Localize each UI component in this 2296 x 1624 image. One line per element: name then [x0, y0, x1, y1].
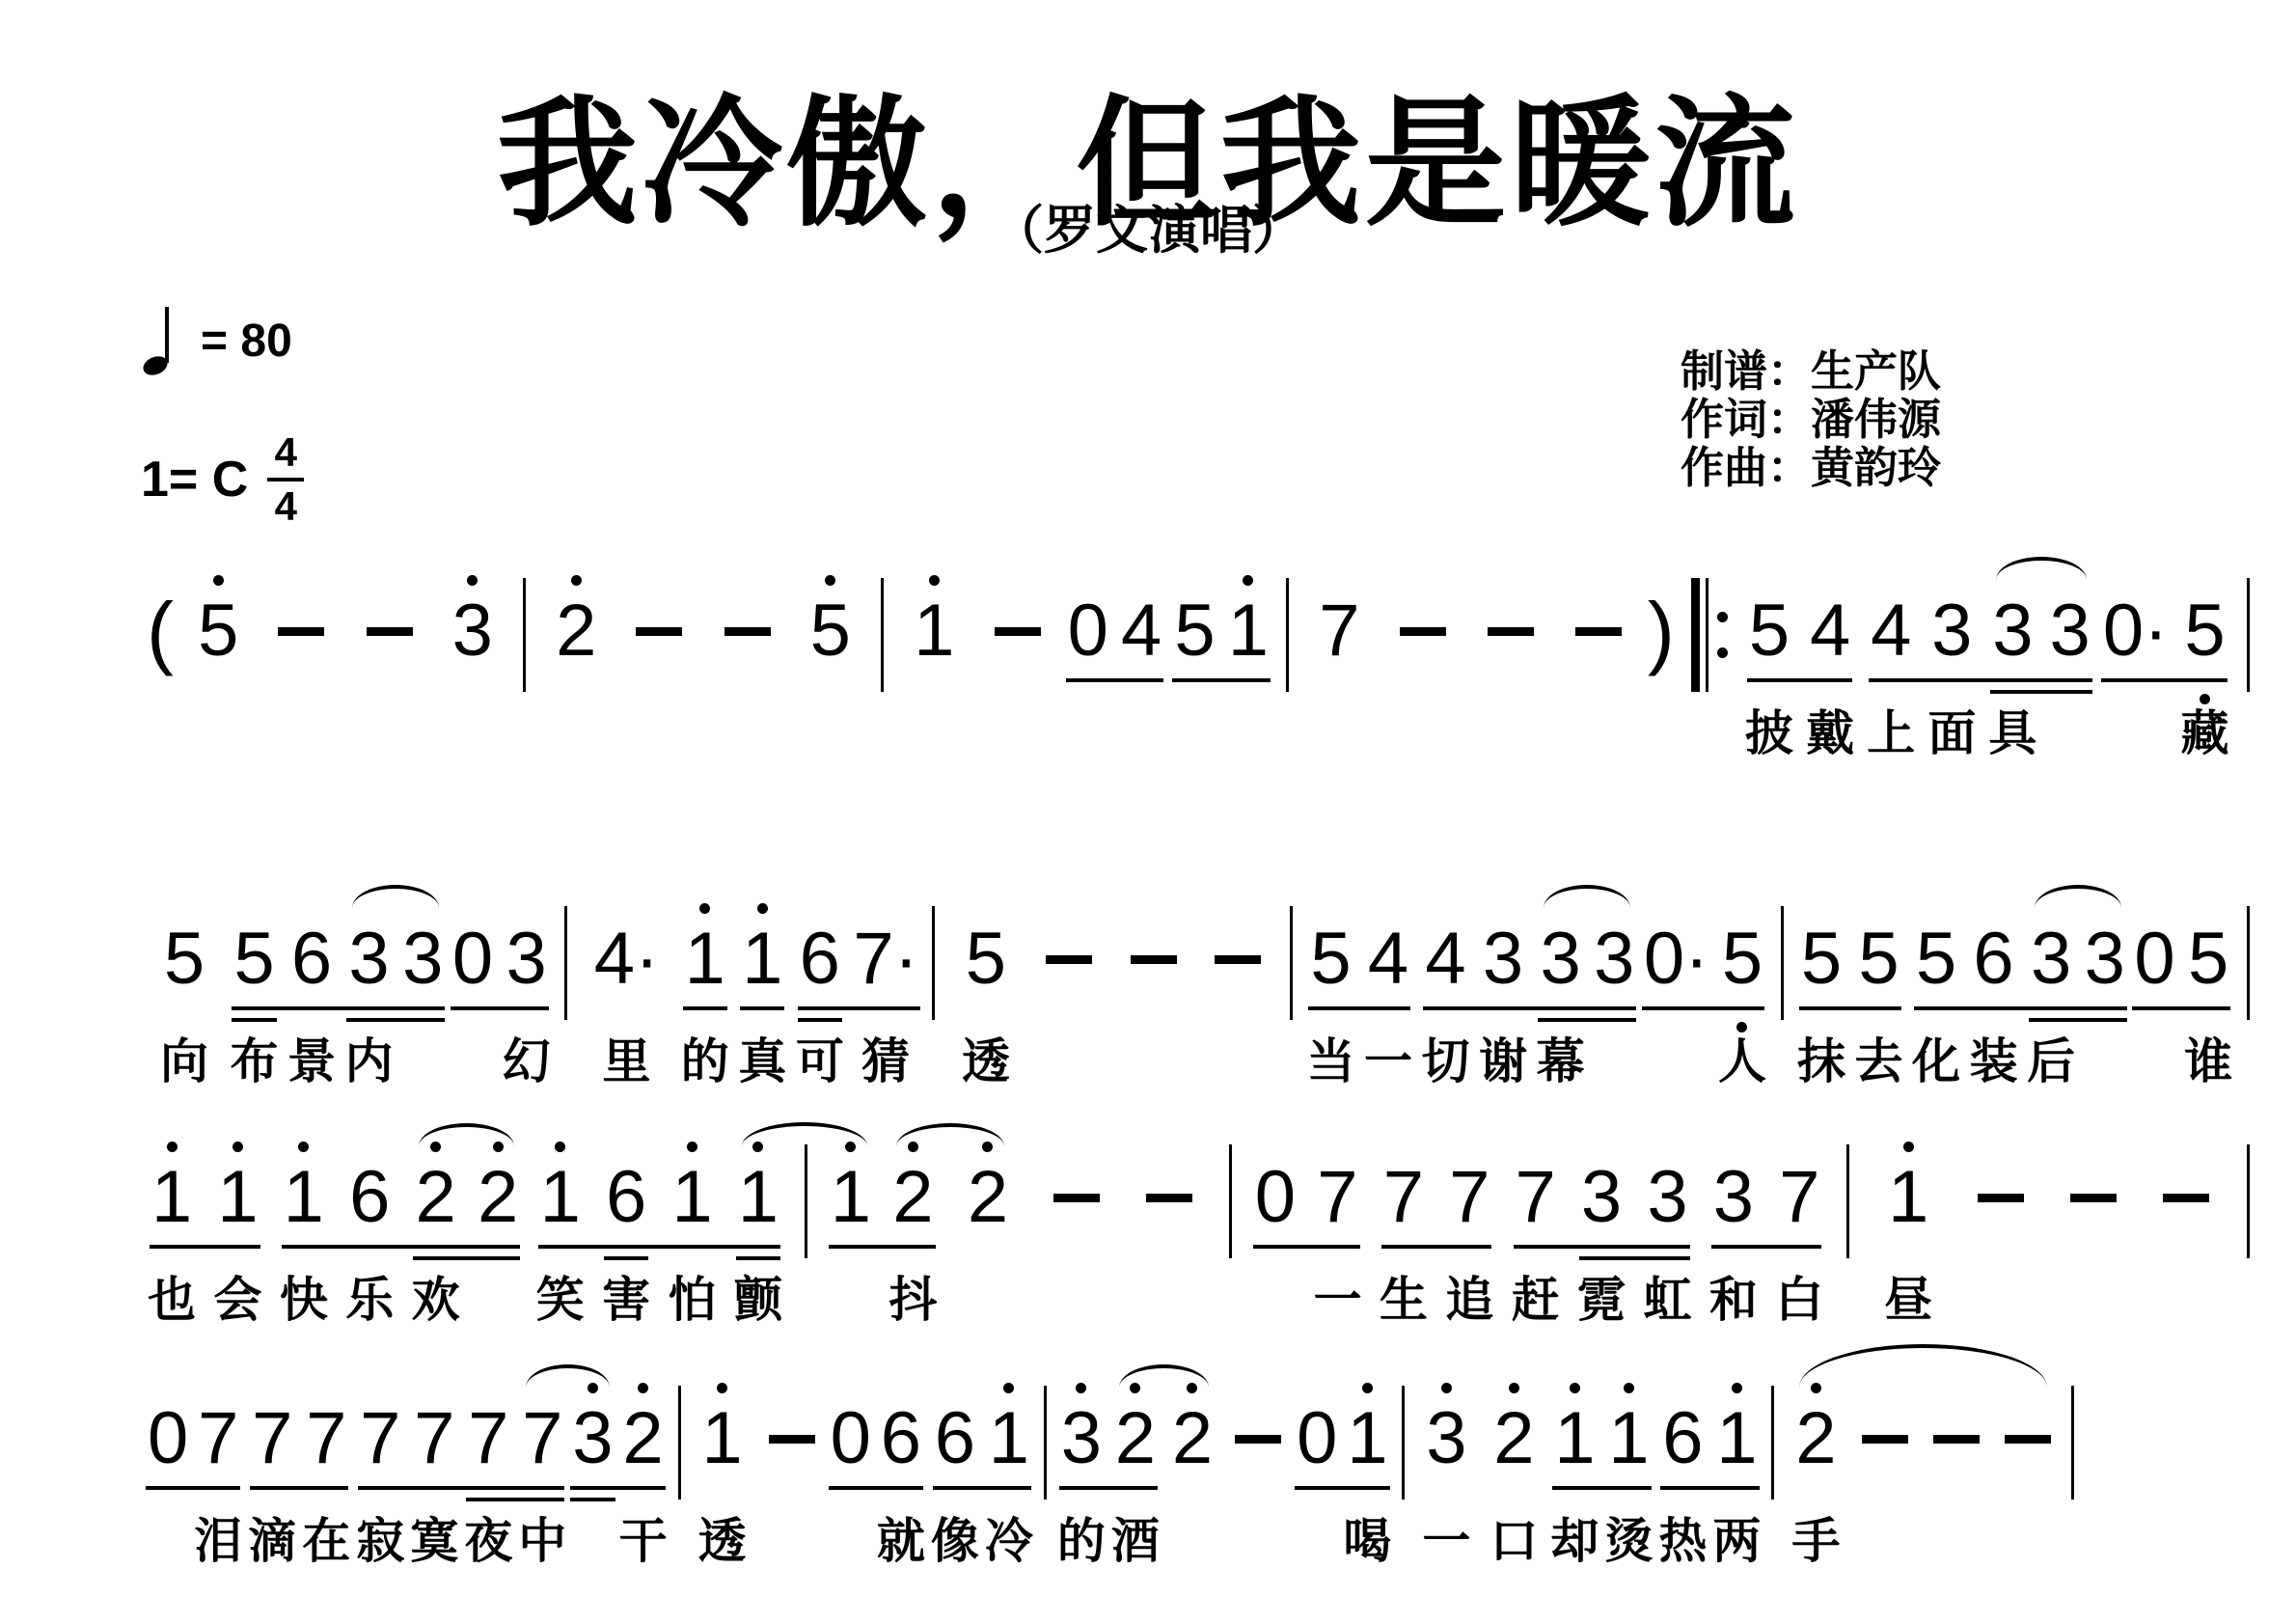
slur-arc: [2035, 885, 2121, 908]
high-octave-dot: [1441, 1383, 1452, 1393]
note: 1昼: [1884, 1131, 1932, 1334]
note: 5去: [1855, 893, 1903, 1095]
dash-extension: [1933, 1372, 1980, 1575]
barline: [1044, 1372, 1047, 1575]
lyric: 干: [619, 1513, 668, 1575]
slur-arc: [1119, 1364, 1209, 1388]
high-octave-dot: [1570, 1383, 1580, 1393]
beam-underline: [232, 1018, 276, 1022]
high-octave-dot: [1362, 1383, 1373, 1393]
lyric: 可: [796, 1033, 844, 1095]
lyric: 面: [1927, 705, 1976, 767]
note: 6景: [287, 893, 336, 1095]
lyric: 化: [1912, 1033, 1960, 1095]
tempo-marking: = 80: [143, 307, 292, 374]
note: 7白: [1775, 1131, 1823, 1334]
note: 2抖: [888, 1131, 937, 1334]
beam-underline: [2132, 1006, 2230, 1010]
lyric: 热: [1658, 1513, 1707, 1575]
note: 1透: [698, 1372, 747, 1575]
barline: [678, 1372, 681, 1575]
barline: [1402, 1372, 1405, 1575]
dash-extension: [1146, 1131, 1192, 1334]
note: 5: [198, 564, 238, 767]
lyric: 怕: [669, 1272, 717, 1334]
dash-extension: [769, 1372, 815, 1575]
dash-extension: [1131, 893, 1177, 1095]
high-octave-dot: [757, 903, 768, 914]
lyric: 具: [1988, 705, 2036, 767]
tempo-value: = 80: [201, 315, 292, 368]
lyric: 内: [345, 1033, 394, 1095]
lyric: 两: [1712, 1513, 1761, 1575]
dash-extension: [1400, 564, 1446, 767]
note: 5抹: [1797, 893, 1845, 1095]
duration-dash: [1131, 955, 1177, 964]
beam-underline: [1799, 1006, 1901, 1010]
lyric: 酒: [1111, 1513, 1160, 1575]
note: 6像: [931, 1372, 979, 1575]
note: 1: [914, 564, 954, 767]
beam-underline: [570, 1486, 665, 1490]
barline: [2247, 1131, 2250, 1334]
duration-dash: [2070, 1194, 2117, 1202]
duration-dash: [1046, 955, 1092, 964]
lyric: 口: [1490, 1513, 1538, 1575]
note: 2手: [1791, 1372, 1840, 1575]
beam-underline: [451, 1006, 549, 1010]
beam-underline: [1066, 678, 1164, 682]
beam-underline: [736, 1256, 780, 1260]
lyric: 颤: [734, 1272, 782, 1334]
duration-dash: [1215, 955, 1261, 964]
beam-underline: [604, 1256, 648, 1260]
beam-underline: [146, 1486, 240, 1490]
note: 5当: [1307, 893, 1355, 1095]
dash-extension: [278, 564, 324, 767]
note: 6热: [1658, 1372, 1707, 1575]
note: 3面: [1927, 564, 1976, 767]
lyric: 追: [1445, 1272, 1493, 1334]
beam-underline: [1308, 1006, 1410, 1010]
note: 3: [452, 564, 493, 767]
note: 5向: [160, 893, 208, 1095]
note: 7一: [1313, 1131, 1361, 1334]
lyric: 寂: [356, 1513, 404, 1575]
duration-dash: [1146, 1194, 1192, 1202]
barline: [564, 893, 567, 1095]
lyric: 和: [1709, 1272, 1758, 1334]
dash-extension: [636, 564, 682, 767]
lyric: 去: [1855, 1033, 1903, 1095]
high-octave-dot: [717, 1383, 727, 1393]
note: 5: [810, 564, 851, 767]
note: 1的: [681, 893, 729, 1095]
barline: [1846, 1131, 1849, 1334]
lyric: 布: [231, 1033, 279, 1095]
high-octave-dot: [467, 575, 478, 586]
lyric: 真: [738, 1033, 786, 1095]
dash-extension: [2070, 1131, 2117, 1334]
beam-underline: [1253, 1245, 1360, 1249]
duration-dash: [1575, 627, 1622, 636]
lyric: 昼: [1884, 1272, 1932, 1334]
duration-dash: [1862, 1435, 1908, 1444]
lyric: 抖: [888, 1272, 937, 1334]
lyric: 烫: [1604, 1513, 1653, 1575]
dash-extension: [1235, 1372, 1281, 1575]
note: 1颤: [734, 1131, 782, 1334]
duration-dash: [278, 627, 324, 636]
low-octave-dot: [2200, 694, 2210, 704]
barline: [932, 893, 935, 1095]
note: 5谁: [2184, 893, 2232, 1095]
note: 6害: [602, 1131, 650, 1334]
lyric: 白: [1775, 1272, 1823, 1334]
high-octave-dot: [1509, 1383, 1519, 1393]
lyric: 上: [1867, 705, 1915, 767]
note: 6乐: [345, 1131, 394, 1334]
beam-underline: [538, 1245, 781, 1249]
lyric: 霓: [1577, 1272, 1626, 1334]
beam-underline: [150, 1245, 260, 1249]
slur-arc: [526, 1364, 609, 1388]
note: 2: [556, 564, 596, 767]
note: 4上: [1867, 564, 1915, 767]
beam-underline: [1295, 1486, 1389, 1490]
lyric: 就: [877, 1513, 925, 1575]
lyric: 藏: [2181, 705, 2229, 767]
note: 1: [831, 1131, 871, 1334]
time-signature: 4 4: [267, 432, 304, 527]
lyric: 害: [602, 1272, 650, 1334]
note: 7寂: [356, 1372, 404, 1575]
high-octave-dot: [1076, 1383, 1086, 1393]
beam-underline: [798, 1018, 842, 1022]
beam-underline: [413, 1256, 520, 1260]
note: 4: [1121, 564, 1162, 767]
dash-extension: [367, 564, 413, 767]
barline: [2247, 893, 2250, 1095]
beam-underline: [346, 1018, 445, 1022]
beam-underline: [1660, 1486, 1759, 1490]
credit-lyricist: 作词：潘伟源: [1681, 396, 1941, 444]
note: 2口: [1490, 1372, 1538, 1575]
note: 7生: [1380, 1131, 1428, 1334]
dash-extension: [1046, 893, 1092, 1095]
beam-underline: [1059, 1486, 1158, 1490]
lyric: 装: [1970, 1033, 2018, 1095]
duration-dash: [769, 1435, 815, 1444]
note: 3霓: [1577, 1131, 1626, 1334]
credit-composer: 作曲：黄韵玲: [1681, 444, 1941, 492]
note: 3幕: [1537, 893, 1585, 1095]
dash-extension: [1215, 893, 1261, 1095]
credits: 制谱：生产队 作词：潘伟源 作曲：黄韵玲: [1681, 347, 1941, 492]
note: 7追: [1445, 1131, 1493, 1334]
lyric: 在: [302, 1513, 350, 1575]
time-signature-top: 4: [275, 432, 297, 473]
credit-arranger: 制谱：生产队: [1681, 347, 1941, 396]
barline: [1290, 893, 1293, 1095]
note: 5披: [1745, 564, 1793, 767]
note: 1冷: [985, 1372, 1033, 1575]
score-line-4: 07泪7滴7在7寂7寞7夜7中32干1透06就6像1冷3的2酒201喝3一2口1…: [145, 1372, 2082, 1575]
lyric: 像: [931, 1513, 979, 1575]
beam-underline: [683, 1006, 727, 1010]
lyric: 猜: [861, 1033, 910, 1095]
note: 6就: [877, 1372, 925, 1575]
note: 4切: [1422, 893, 1470, 1095]
beam-underline: [2101, 678, 2228, 682]
duration-dash: [1978, 1194, 2024, 1202]
lyric: 滴: [248, 1513, 296, 1575]
beam-underline: [1423, 1006, 1636, 1010]
duration-dash: [1933, 1435, 1980, 1444]
note: 1快: [280, 1131, 328, 1334]
dash-extension: [1488, 564, 1534, 767]
beam-underline: [1172, 678, 1271, 682]
dash-extension: [1053, 1131, 1100, 1334]
lyric: 谢: [1479, 1033, 1527, 1095]
lyric: 中: [518, 1513, 566, 1575]
beam-underline: [1552, 1486, 1651, 1490]
note: 1烫: [1604, 1372, 1653, 1575]
note: 7: [1319, 564, 1359, 767]
lyric: 快: [280, 1272, 328, 1334]
note: 3具: [1988, 564, 2036, 767]
slur-arc: [1996, 557, 2087, 580]
low-octave-dot: [1736, 1022, 1747, 1032]
lyric: 后: [2027, 1033, 2075, 1095]
note: 7赶: [1512, 1131, 1560, 1334]
duration-dash: [1235, 1435, 1281, 1444]
note: 4一: [1364, 893, 1412, 1095]
slur-arc: [352, 885, 439, 908]
note: 2酒: [1111, 1372, 1160, 1575]
note: 1喝: [1343, 1372, 1391, 1575]
lyric: 一: [1364, 1033, 1412, 1095]
note: 1两: [1712, 1372, 1761, 1575]
high-octave-dot: [638, 1383, 648, 1393]
beam-underline: [2029, 1018, 2127, 1022]
note: 0: [452, 893, 493, 1095]
note: 0·: [2103, 564, 2169, 767]
note: 0: [148, 1372, 188, 1575]
note: 1会: [213, 1131, 261, 1334]
parenthesis: ): [1648, 564, 1675, 775]
high-octave-dot: [929, 575, 940, 586]
note: 2: [1172, 1372, 1213, 1575]
duration-dash: [2163, 1194, 2209, 1202]
beam-underline: [1642, 1006, 1764, 1010]
beam-underline: [250, 1486, 348, 1490]
note: 7·猜: [853, 893, 918, 1095]
lyric: 透: [962, 1033, 1010, 1095]
duration-dash: [2005, 1435, 2051, 1444]
slur-arc: [742, 1122, 867, 1146]
barline: [1229, 1131, 1232, 1334]
duration-dash: [1053, 1194, 1100, 1202]
dash-extension: [724, 564, 771, 767]
note: 4·里: [594, 893, 660, 1095]
note: 4戴: [1806, 564, 1854, 767]
note: 0: [1297, 1372, 1337, 1575]
time-signature-bottom: 4: [275, 486, 297, 527]
note: 7寞: [410, 1372, 458, 1575]
high-octave-dot: [1624, 1383, 1634, 1393]
high-octave-dot: [232, 1142, 243, 1152]
high-octave-dot: [555, 1142, 565, 1152]
repeat-start-barline: [1691, 564, 1728, 767]
note: 1怕: [669, 1131, 717, 1334]
slur-arc: [896, 1123, 1004, 1146]
note: 7在: [302, 1372, 350, 1575]
note: 0: [831, 1372, 871, 1575]
high-octave-dot: [571, 575, 582, 586]
lyric: 一: [1313, 1272, 1361, 1334]
parenthesis: (: [147, 564, 174, 775]
note: 7中: [518, 1372, 566, 1575]
score-line-2: 5向5布6景3内303幻4·里1的1真6可7·猜5透5当4一4切3谢3幕30·5…: [145, 893, 2257, 1095]
note: 0: [1068, 564, 1108, 767]
beam-underline: [1579, 1256, 1690, 1260]
lyric: 透: [698, 1513, 747, 1575]
high-octave-dot: [1732, 1383, 1742, 1393]
slur-arc: [1799, 1344, 2047, 1388]
dash-extension: [2163, 1131, 2209, 1334]
note: 3内: [345, 893, 394, 1095]
beam-underline: [466, 1498, 564, 1501]
barline: [2071, 1372, 2074, 1575]
beam-underline: [1514, 1245, 1690, 1249]
beam-underline: [358, 1486, 564, 1490]
lyric: 幕: [1537, 1033, 1585, 1095]
song-subtitle: （罗文演唱）: [0, 189, 2296, 263]
note: 5透: [962, 893, 1010, 1095]
dash-extension: [995, 564, 1041, 767]
beam-underline: [1914, 1006, 2127, 1010]
key-label: 1= C: [141, 451, 248, 509]
barline: [2247, 564, 2250, 767]
note: 3幻: [503, 893, 551, 1095]
note: 5人: [1718, 893, 1766, 1095]
note: 2: [478, 1131, 518, 1334]
barline: [1781, 893, 1784, 1095]
slur-arc: [1544, 885, 1630, 908]
note: 3的: [1057, 1372, 1106, 1575]
note: 5布: [231, 893, 279, 1095]
duration-dash: [367, 627, 413, 636]
barline: [881, 564, 884, 767]
lyric: 里: [602, 1033, 650, 1095]
duration-dash: [1488, 627, 1534, 636]
lyric: 夜: [464, 1513, 512, 1575]
note: 3: [402, 893, 443, 1095]
lyric: 抹: [1797, 1033, 1845, 1095]
note: 3谢: [1479, 893, 1527, 1095]
note: 2: [968, 1131, 1008, 1334]
lyric: 披: [1745, 705, 1793, 767]
lyric: 赶: [1512, 1272, 1560, 1334]
lyric: 谁: [2184, 1033, 2232, 1095]
lyric: 一: [1422, 1513, 1470, 1575]
lyric: 生: [1380, 1272, 1428, 1334]
note: 2干: [619, 1372, 668, 1575]
beam-underline: [829, 1486, 923, 1490]
note: 1真: [738, 893, 786, 1095]
high-octave-dot: [1003, 1383, 1014, 1393]
high-octave-dot: [213, 575, 224, 586]
lyric: 的: [1057, 1513, 1106, 1575]
lyric: 喝: [1343, 1513, 1391, 1575]
lyric: 切: [1422, 1033, 1470, 1095]
barline: [1286, 564, 1289, 767]
dash-extension: [1575, 564, 1622, 767]
note: 7夜: [464, 1372, 512, 1575]
note: 3虹: [1643, 1131, 1691, 1334]
dash-extension: [1978, 1131, 2024, 1334]
lyric: 寞: [410, 1513, 458, 1575]
lyric: 当: [1307, 1033, 1355, 1095]
beam-underline: [740, 1006, 784, 1010]
score-line-3: 1也1会1快6乐2欢21笑6害1怕1颤12抖207一7生7追7赶3霓3虹3和7白…: [145, 1131, 2257, 1334]
note: 1笑: [536, 1131, 585, 1334]
lyric: 景: [287, 1033, 336, 1095]
lyric: 冷: [985, 1513, 1033, 1575]
note: 3和: [1709, 1131, 1758, 1334]
note: 0·: [1644, 893, 1709, 1095]
beam-underline: [829, 1245, 936, 1249]
duration-dash: [724, 627, 771, 636]
high-octave-dot: [825, 575, 835, 586]
note: 3: [2050, 564, 2091, 767]
dash-extension: [2005, 1372, 2051, 1575]
note: 1也: [148, 1131, 196, 1334]
lyric: 泪: [194, 1513, 242, 1575]
beam-underline: [1711, 1245, 1822, 1249]
beam-underline: [798, 1006, 920, 1010]
repeat-dots: [1717, 612, 1728, 658]
barline: [523, 564, 526, 767]
note: 3后: [2027, 893, 2075, 1095]
lyric: 笑: [536, 1272, 585, 1334]
duration-dash: [995, 627, 1041, 636]
high-octave-dot: [699, 903, 710, 914]
note: 2欢: [412, 1131, 460, 1334]
barline: [1771, 1372, 1774, 1575]
lyric: 向: [160, 1033, 208, 1095]
note: 1: [1228, 564, 1269, 767]
beam-underline: [1381, 1245, 1492, 1249]
lyric: 欢: [412, 1272, 460, 1334]
dash-extension: [1862, 1372, 1908, 1575]
note: 5化: [1912, 893, 1960, 1095]
lyric: 也: [148, 1272, 196, 1334]
beam-underline: [282, 1245, 521, 1249]
high-octave-dot: [298, 1142, 309, 1152]
lyric: 人: [1718, 1033, 1766, 1095]
high-octave-dot: [1243, 575, 1253, 586]
lyric: 幻: [503, 1033, 551, 1095]
slur-arc: [419, 1123, 514, 1146]
high-octave-dot: [687, 1142, 697, 1152]
note: 0: [2134, 893, 2174, 1095]
note: 3一: [1422, 1372, 1470, 1575]
note: 5: [1174, 564, 1215, 767]
beam-underline: [1538, 1018, 1636, 1022]
beam-underline: [1747, 678, 1852, 682]
